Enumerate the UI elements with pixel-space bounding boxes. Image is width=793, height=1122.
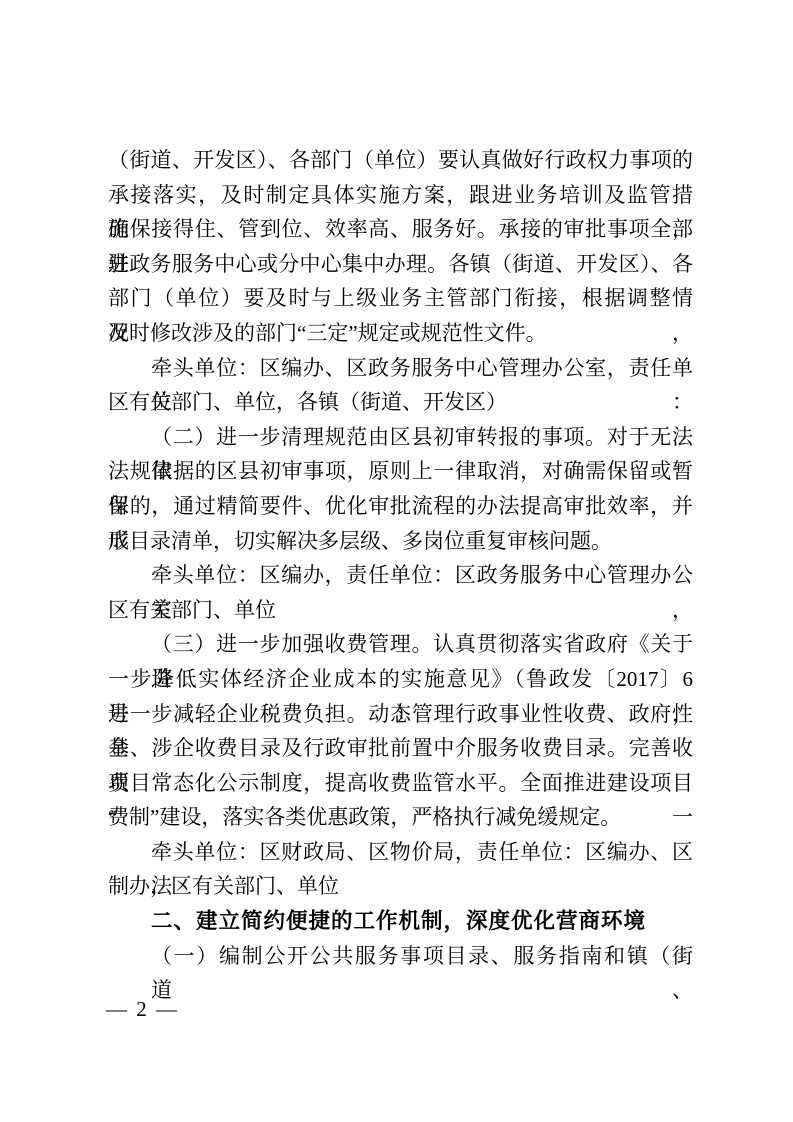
text-line: 驻政务服务中心或分中心集中办理。各镇（街道、开发区）、各 [108, 247, 693, 282]
text-line: 制办，区有关部门、单位 [108, 869, 693, 904]
text-line: 成目录清单，切实解决多层级、多岗位重复审核问题。 [108, 524, 693, 559]
text-line: 承接落实，及时制定具体实施方案，跟进业务培训及监管措施， [108, 178, 693, 213]
text-line-lead-unit: 牵头单位：区编办，责任单位：区政务服务中心管理办公室， [108, 558, 693, 593]
text-line: 确保接得住、管到位、效率高、服务好。承接的审批事项全部进 [108, 212, 693, 247]
document-page: （街道、开发区）、各部门（单位）要认真做好行政权力事项的 承接落实，及时制定具体… [0, 0, 793, 1122]
text-line-lead-unit: 牵头单位：区财政局、区物价局，责任单位：区编办、区法 [108, 835, 693, 870]
text-line: 项目常态化公示制度，提高收费监管水平。全面推进建设项目“一 [108, 766, 693, 801]
text-line-item-1: （一）编制公开公共服务事项目录、服务指南和镇（街道、 [108, 939, 693, 974]
text-line-lead-unit: 牵头单位：区编办、区政务服务中心管理办公室，责任单位： [108, 351, 693, 386]
text-line: 金、涉企收费目录及行政审批前置中介服务收费目录。完善收费 [108, 731, 693, 766]
text-line: 部门（单位）要及时与上级业务主管部门衔接，根据调整情况， [108, 281, 693, 316]
text-line-item-3: （三）进一步加强收费管理。认真贯彻落实省政府《关于进 [108, 627, 693, 662]
section-heading-2: 二、建立简约便捷的工作机制，深度优化营商环境 [108, 904, 693, 939]
text-line-item-2: （二）进一步清理规范由区县初审转报的事项。对于无法律 [108, 420, 693, 455]
text-line: 留的，通过精简要件、优化审批流程的办法提高审批效率，并形 [108, 489, 693, 524]
document-body: （街道、开发区）、各部门（单位）要认真做好行政权力事项的 承接落实，及时制定具体… [108, 143, 693, 973]
text-line: 一步降低实体经济企业成本的实施意见》（鲁政发〔2017〕6号）， [108, 662, 693, 697]
text-line: 费制”建设，落实各类优惠政策，严格执行减免缓规定。 [108, 800, 693, 835]
page-number: — 2 — [106, 992, 179, 1026]
text-line: 进一步减轻企业税费负担。动态管理行政事业性收费、政府性基 [108, 697, 693, 732]
text-line: 法规依据的区县初审事项，原则上一律取消，对确需保留或暂保 [108, 454, 693, 489]
text-line: （街道、开发区）、各部门（单位）要认真做好行政权力事项的 [108, 143, 693, 178]
